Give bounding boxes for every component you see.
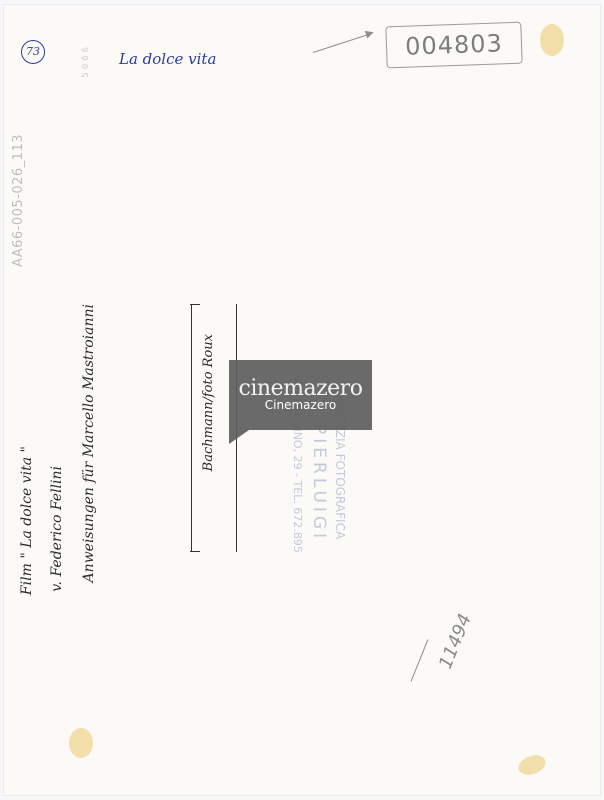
stamp-line-2: PIERLUIGI [309,424,329,542]
pencil-stroke [411,639,429,681]
cinemazero-watermark: cinemazero Cinemazero [229,360,372,430]
note-line-director: v. Federico Fellini [49,466,65,592]
glue-spot [540,24,564,56]
glue-spot [69,728,93,758]
note-line-film: Film " La dolce vita " [19,446,35,595]
archive-code: AA66-005-026_113 [11,134,26,267]
stamp-number: 5066 [81,44,91,78]
arrow-icon [313,33,372,53]
inventory-number: 004803 [385,22,522,69]
glue-spot [516,752,548,778]
title-note: La dolce vita [119,50,216,68]
watermark-caption: Cinemazero [229,398,372,412]
note-line-instructions: Anweisungen für Marcello Mastroianni [81,304,97,582]
circled-number: 73 [21,40,45,64]
boxed-note: Bachmann/foto Roux [201,334,216,471]
pencil-number: 11494 [435,611,476,672]
photo-back-paper: 73 La dolce vita 5066 004803 AA66-005-02… [3,4,601,796]
